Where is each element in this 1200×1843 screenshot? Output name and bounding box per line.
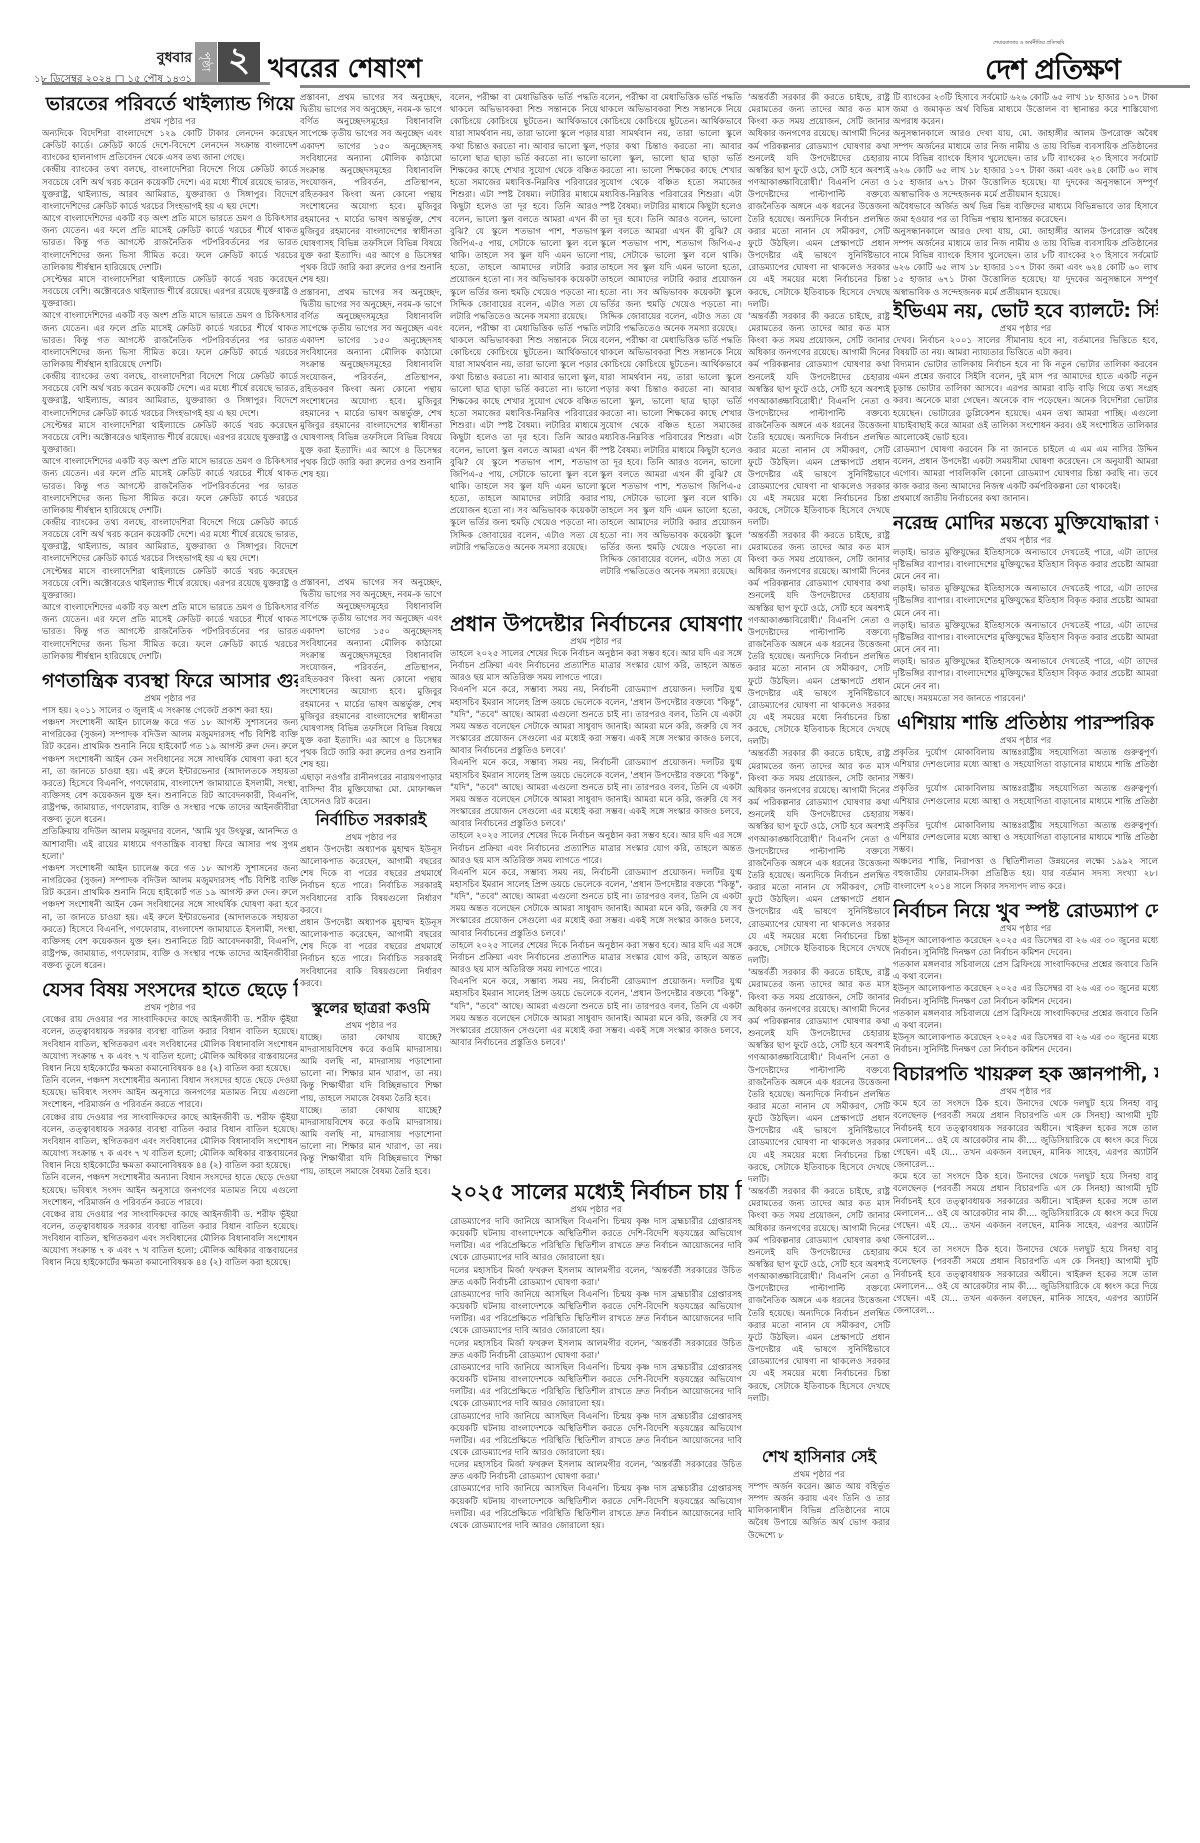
story-headline: ২০২৫ সালের মধ্যেই নির্বাচন চায় বিএনপি: [450, 1180, 742, 1204]
story-paragraph: বিএনপি মনে করে, সম্ভাব্য সময় নয়, নির্ব…: [450, 757, 742, 830]
date-line: ১৮ ডিসেম্বর ২০২৪ □ ১৫ পৌষ ১৪৩১: [34, 72, 192, 89]
story-paragraph: তাহলে ২০২৫ সালের শেষের দিকে নির্বাচন অনু…: [450, 648, 742, 684]
story-paragraph: প্রতিক্রিয়ায় বদিউল আলম মজুমদার বলেন, '…: [42, 826, 298, 862]
page-number: ২: [218, 42, 260, 82]
story-paragraph: বলেন, পরীক্ষা বা মেধাভিত্তিক ভর্তি পদ্ধত…: [450, 323, 598, 554]
story-paragraph: সেপ্টেম্বর মাসে বাংলাদেশিরা থাইল্যান্ডে …: [42, 566, 298, 602]
story-paragraph: 'অন্তর্বর্তী সরকার কী করতে চাইছে, রাষ্ট্…: [748, 748, 890, 967]
story-paragraph: লড়াই। ভারত মুক্তিযুদ্ধের ইতিহাসকে অন্যভ…: [893, 547, 1158, 583]
story-headline: প্রধান উপদেষ্টার নির্বাচনের ঘোষণাকে: [450, 612, 742, 636]
story-paragraph: দলের মহাসচিব মির্জা ফখরুল ইসলাম আলমগীর ব…: [450, 1265, 742, 1289]
story-headline: যেসব বিষয় সংসদের হাতে ছেড়ে দিলেন: [42, 978, 298, 1002]
story-paragraph: প্রস্তাবনা, প্রথম ভাগের সব অনুচ্ছেদ, দ্ব…: [300, 577, 442, 772]
story-paragraph: 'অন্তর্বর্তী সরকার কী করতে চাইছে, রাষ্ট্…: [748, 530, 890, 749]
story-paragraph: অনুসন্ধানকালে আরও দেখা যায়, মো. জাহাঙ্গ…: [893, 128, 1158, 201]
story-paragraph: লড়াই। ভারত মুক্তিযুদ্ধের ইতিহাসকে অন্যভ…: [893, 583, 1158, 619]
story-headline: নির্বাচিত সরকারই: [300, 808, 442, 832]
story-paragraph: প্রথমার্ধে জাতীয় নির্বাচনের কথা জানান।: [893, 493, 1158, 505]
story-paragraph: 'অন্তর্বর্তী সরকার কী করতে চাইছে, রাষ্ট্…: [748, 311, 890, 530]
brand-tagline: শেয়ারবাজার ও অর্থনীতির প্রতিচ্ছবি: [993, 40, 1120, 48]
story-paragraph: প্রকৃতির দুর্যোগ মোকাবিলায় আন্তঃরাষ্ট্র…: [893, 820, 1158, 856]
story-elected-govt: নির্বাচিত সরকারই প্রথম পৃষ্ঠার পর প্রধান…: [300, 808, 442, 990]
weekday: বুধবার: [34, 46, 192, 70]
story-paragraph: টি ব্যাংকের ২৩টি হিসাবে সর্বমোট ৬২৬ কোটি…: [893, 92, 1158, 128]
story-paragraph: সম্পদ অর্জন করেন। জ্ঞাত আয় বহির্ভূত সম্…: [748, 1481, 890, 1542]
story-paragraph: গতকাল মঙ্গলবার সচিবালয়ে প্রেস ব্রিফিংয়…: [893, 959, 1158, 983]
story-headline: এশিয়ায় শান্তি প্রতিষ্ঠায় পারস্পরিক: [893, 711, 1158, 735]
story-paragraph: সেপ্টেম্বর মাসে বাংলাদেশিরা থাইল্যান্ডে …: [42, 274, 298, 310]
story-byline: প্রথম পৃষ্ঠার পর: [450, 636, 742, 648]
header-divider-left: [42, 82, 270, 85]
story-paragraph: পাস হয়। ২০১১ সালের ৩ জুলাই এ সংক্রান্ত …: [42, 705, 298, 717]
story-evm: ইভিএম নয়, ভোট হবে ব্যালটে: সিইসি প্রথম …: [893, 299, 1158, 505]
story-byline: প্রথম পৃষ্ঠার পর: [893, 323, 1158, 335]
story-paragraph: বলেন, পরীক্ষা বা মেধাভিত্তিক ভর্তি পদ্ধত…: [600, 92, 742, 335]
story-paragraph: আছে। সময়মতো সব জানতে পারবেন।': [893, 693, 1158, 705]
story-paragraph: সেপ্টেম্বর মাসে বাংলাদেশিরা থাইল্যান্ডে …: [42, 420, 298, 456]
story-paragraph: রোডম্যাপ ঘোষণা করবেন কি না জানতে চাইলে এ…: [893, 444, 1158, 493]
header-divider-right: [300, 85, 1190, 88]
story-paragraph: পঞ্চদশ সংশোধনী আইন চ্যালেঞ্জ করে গত ১৮ আ…: [42, 863, 298, 972]
story-paragraph: বেঞ্চের রায় দেওয়ার পর সাংবাদিকদের কাছে…: [42, 1112, 298, 1173]
story-paragraph: প্রস্তাবনা, প্রথম ভাগের সব অনুচ্ছেদ, দ্ব…: [300, 92, 442, 287]
story-paragraph: ইউনূস আলোকপাত করেছেন ২০২৫ এর ডিসেম্বর বা…: [893, 935, 1158, 959]
story-paragraph: বেঞ্চের রায় দেওয়ার পর সাংবাদিকদের কাছে…: [42, 1014, 298, 1075]
story-paragraph: তিনি বলেন, পঞ্চদশ সংশোধনীর অন্যান্য বিধা…: [42, 1172, 298, 1208]
story-paragraph: লড়াই। ভারত মুক্তিযুদ্ধের ইতিহাসকে অন্যভ…: [893, 620, 1158, 656]
story-paragraph: রোডম্যাপের দাবি জানিয়ে আসছিল বিএনপি। চি…: [450, 1216, 742, 1265]
story-headline: ভারতের পরিবর্তে থাইল্যান্ড গিয়ে: [42, 92, 298, 116]
masthead: বুধবার ১৮ ডিসেম্বর ২০২৪ □ ১৫ পৌষ ১৪৩১ পৃ…: [0, 0, 1200, 82]
story-paragraph: এছাড়া নওগাঁর রানীনগরের নারায়ণপাড়ার বা…: [300, 772, 442, 808]
story-paragraph: কমে হবে তা সংসদে ঠিক হবে। উনাদের থেকে দল…: [893, 1098, 1158, 1171]
story-paragraph: কমে হবে তা সংসদে ঠিক হবে। উনাদের থেকে দল…: [893, 1244, 1158, 1317]
story-parliament: যেসব বিষয় সংসদের হাতে ছেড়ে দিলেন প্রথম…: [42, 978, 298, 1269]
story-byline: প্রথম পৃষ্ঠার পর: [42, 116, 298, 128]
story-chief-adviser: প্রধান উপদেষ্টার নির্বাচনের ঘোষণাকে প্রথ…: [450, 612, 742, 1172]
story-paragraph: রোডম্যাপের দাবি জানিয়ে আসছিল বিএনপি। চি…: [450, 1362, 742, 1411]
story-bnp-2025: ২০২৫ সালের মধ্যেই নির্বাচন চায় বিএনপি প…: [450, 1180, 742, 1842]
story-headline: স্কুলের ছাত্ররা কওমি: [300, 996, 442, 1020]
column-2: প্রস্তাবনা, প্রথম ভাগের সব অনুচ্ছেদ, দ্ব…: [300, 92, 442, 1842]
story-headline: বিচারপতি খায়রুল হক জ্ঞানপাপী, মাহমুদ: [893, 1062, 1158, 1086]
column-5: 'অন্তর্বর্তী সরকার কী করতে চাইছে, রাষ্ট্…: [748, 92, 890, 1842]
story-paragraph: তাহলে ২০২৫ সালের শেষের দিকে নির্বাচন অনু…: [450, 830, 742, 866]
story-sheikh-hasina: শেখ হাসিনার সেই প্রথম পৃষ্ঠার পর সম্পদ অ…: [748, 1445, 890, 1542]
story-paragraph: তিনি বলেন, পঞ্চদশ সংশোধনীর অন্যান্য বিধা…: [42, 1075, 298, 1111]
story-asia-peace: এশিয়ায় শান্তি প্রতিষ্ঠায় পারস্পরিক প্…: [893, 711, 1158, 893]
story-democracy: গণতান্ত্রিক ব্যবস্থা ফিরে আসার গুরুত্বপূ…: [42, 669, 298, 972]
story-paragraph: গতকাল মঙ্গলবার সচিবালয়ে প্রেস ব্রিফিংয়…: [893, 1008, 1158, 1032]
story-paragraph: বিএনপি মনে করে, সম্ভাব্য সময় নয়, নির্ব…: [450, 976, 742, 1049]
story-paragraph: কেন্দ্রীয় ব্যাংকের তথ্য বলছে, বাংলাদেশি…: [42, 164, 298, 213]
story-khairul-haque: বিচারপতি খায়রুল হক জ্ঞানপাপী, মাহমুদ প্…: [893, 1062, 1158, 1317]
story-paragraph: 'অন্তর্বর্তী সরকার কী করতে চাইছে, রাষ্ট্…: [748, 1186, 890, 1405]
story-paragraph: রোডম্যাপের দাবি জানিয়ে আসছিল বিএনপি। চি…: [450, 1289, 742, 1338]
page-label: পৃষ্ঠা: [195, 42, 217, 82]
story-paragraph: পঞ্চদশ সংশোধনী আইন চ্যালেঞ্জ করে গত ১৮ আ…: [42, 717, 298, 826]
story-paragraph: অবৈধভাবে অর্জিত অর্থ ভিন্ন ভিন্ন ব্যক্তি…: [893, 201, 1158, 225]
story-byline: প্রথম পৃষ্ঠার পর: [42, 693, 298, 705]
story-byline: প্রথম পৃষ্ঠার পর: [300, 1020, 442, 1032]
story-paragraph: কেন্দ্রীয় ব্যাংকের তথ্য বলছে, বাংলাদেশি…: [42, 517, 298, 566]
story-paragraph: কমে হবে তা সংসদে ঠিক হবে। উনাদের থেকে দল…: [893, 1171, 1158, 1244]
story-paragraph: বিএনপি মনে করে, সম্ভাব্য সময় নয়, নির্ব…: [450, 684, 742, 757]
story-paragraph: আগে বাংলাদেশিদের একটি বড় অংশ প্রতি মাসে…: [42, 213, 298, 274]
story-paragraph: রোডম্যাপের দাবি জানিয়ে আসছিল বিএনপি। চি…: [450, 1411, 742, 1460]
story-school-students: স্কুলের ছাত্ররা কওমি প্রথম পৃষ্ঠার পর যা…: [300, 996, 442, 1178]
column-3: বলেন, পরীক্ষা বা মেধাভিত্তিক ভর্তি পদ্ধত…: [450, 92, 598, 612]
story-paragraph: 'অন্তর্বর্তী সরকার কী করতে চাইছে, রাষ্ট্…: [748, 92, 890, 311]
story-paragraph: তাহলে ২০২৫ সালের শেষের দিকে নির্বাচন অনু…: [450, 940, 742, 976]
story-headline: শেখ হাসিনার সেই: [748, 1445, 890, 1469]
story-paragraph: প্রধান উপদেষ্টা অধ্যাপক মুহাম্মদ ইউনূস আ…: [300, 844, 442, 917]
story-paragraph: আগে বাংলাদেশিদের একটি বড় অংশ প্রতি মাসে…: [42, 602, 298, 663]
story-paragraph: প্রকৃতির দুর্যোগ মোকাবিলায় আন্তঃরাষ্ট্র…: [893, 747, 1158, 783]
story-byline: প্রথম পৃষ্ঠার পর: [893, 735, 1158, 747]
story-headline: নরেন্দ্র মোদির মন্তব্যে মুক্তিযোদ্ধারা আ…: [893, 511, 1158, 535]
story-paragraph: দেখব। নির্বাচন ২০০১ সালের সীমানায় হবে ন…: [893, 335, 1158, 359]
story-paragraph: অঞ্চলের শান্তি, নিরাপত্তা ও স্থিতিশীলতা …: [893, 856, 1158, 892]
story-thailand: ভারতের পরিবর্তে থাইল্যান্ড গিয়ে প্রথম প…: [42, 92, 298, 663]
story-paragraph: আগে বাংলাদেশিদের একটি বড় অংশ প্রতি মাসে…: [42, 310, 298, 371]
story-paragraph: কেন্দ্রীয় ব্যাংকের তথ্য বলছে, বাংলাদেশি…: [42, 371, 298, 420]
story-paragraph: বিএনপি মনে করে, সম্ভাব্য সময় নয়, নির্ব…: [450, 867, 742, 940]
story-paragraph: লড়াই। ভারত মুক্তিযুদ্ধের ইতিহাসকে অন্যভ…: [893, 656, 1158, 692]
story-paragraph: প্রকৃতির দুর্যোগ মোকাবিলায় আন্তঃরাষ্ট্র…: [893, 783, 1158, 819]
story-paragraph: দলের মহাসচিব মির্জা ফখরুল ইসলাম আলমগীর ব…: [450, 1338, 742, 1362]
story-byline: প্রথম পৃষ্ঠার পর: [893, 535, 1158, 547]
story-paragraph: দলের মহাসচিব মির্জা ফখরুল ইসলাম আলমগীর ব…: [450, 1459, 742, 1483]
story-byline: প্রথম পৃষ্ঠার পর: [300, 832, 442, 844]
story-paragraph: আগে বাংলাদেশিদের একটি বড় অংশ প্রতি মাসে…: [42, 456, 298, 517]
story-modi: নরেন্দ্র মোদির মন্তব্যে মুক্তিযোদ্ধারা আ…: [893, 511, 1158, 705]
story-paragraph: বেঞ্চের রায় দেওয়ার পর সাংবাদিকদের কাছে…: [42, 1209, 298, 1270]
story-roadmap: নির্বাচন নিয়ে খুব স্পষ্ট রোডম্যাপ দেওয়…: [893, 899, 1158, 1057]
story-paragraph: বলেন, পরীক্ষা বা মেধাভিত্তিক ভর্তি পদ্ধত…: [600, 335, 742, 578]
story-byline: প্রথম পৃষ্ঠার পর: [450, 1204, 742, 1216]
story-paragraph: প্রধান উপদেষ্টা অধ্যাপক মুহাম্মদ ইউনূস আ…: [300, 917, 442, 990]
story-paragraph: বলেন, পরীক্ষা বা মেধাভিত্তিক ভর্তি পদ্ধত…: [450, 92, 598, 323]
column-4: বলেন, পরীক্ষা বা মেধাভিত্তিক ভর্তি পদ্ধত…: [600, 92, 742, 612]
story-paragraph: 'অন্তর্বর্তী সরকার কী করতে চাইছে, রাষ্ট্…: [748, 967, 890, 1186]
story-byline: প্রথম পৃষ্ঠার পর: [893, 1086, 1158, 1098]
story-headline: ইভিএম নয়, ভোট হবে ব্যালটে: সিইসি: [893, 299, 1158, 323]
story-byline: প্রথম পৃষ্ঠার পর: [42, 1002, 298, 1014]
story-paragraph: অনুসন্ধানকালে আরও দেখা যায়, মো. জাহাঙ্গ…: [893, 226, 1158, 299]
column-6: টি ব্যাংকের ২৩টি হিসাবে সর্বমোট ৬২৬ কোটি…: [893, 92, 1158, 1842]
column-1: ভারতের পরিবর্তে থাইল্যান্ড গিয়ে প্রথম প…: [42, 92, 298, 1842]
story-paragraph: অন্যদিকে বিদেশিরা বাংলাদেশে ১২৯ কোটি টাক…: [42, 128, 298, 164]
story-paragraph: ইউনূস আলোকপাত করেছেন ২০২৫ এর ডিসেম্বর বা…: [893, 983, 1158, 1007]
story-paragraph: যাচ্ছে। তারা কোথায় যাচ্ছে? মাদরাসায়বিশ…: [300, 1032, 442, 1105]
story-byline: প্রথম পৃষ্ঠার পর: [893, 923, 1158, 935]
story-headline: নির্বাচন নিয়ে খুব স্পষ্ট রোডম্যাপ দেওয়…: [893, 899, 1158, 923]
story-paragraph: প্রস্তাবনা, প্রথম ভাগের সব অনুচ্ছেদ, দ্ব…: [300, 287, 442, 482]
story-byline: প্রথম পৃষ্ঠার পর: [748, 1469, 890, 1481]
story-paragraph: বিদ্যমান ভোটার তালিকায় নির্বাচন হবে না …: [893, 359, 1158, 444]
story-paragraph: যাচ্ছে। তারা কোথায় যাচ্ছে? মাদরাসায়বিশ…: [300, 1105, 442, 1178]
story-paragraph: রোডম্যাপের দাবি জানিয়ে আসছিল বিএনপি। চি…: [450, 1483, 742, 1532]
story-headline: গণতান্ত্রিক ব্যবস্থা ফিরে আসার গুরুত্বপূ…: [42, 669, 298, 693]
story-paragraph: ইউনূস আলোকপাত করেছেন ২০২৫ এর ডিসেম্বর বা…: [893, 1032, 1158, 1056]
